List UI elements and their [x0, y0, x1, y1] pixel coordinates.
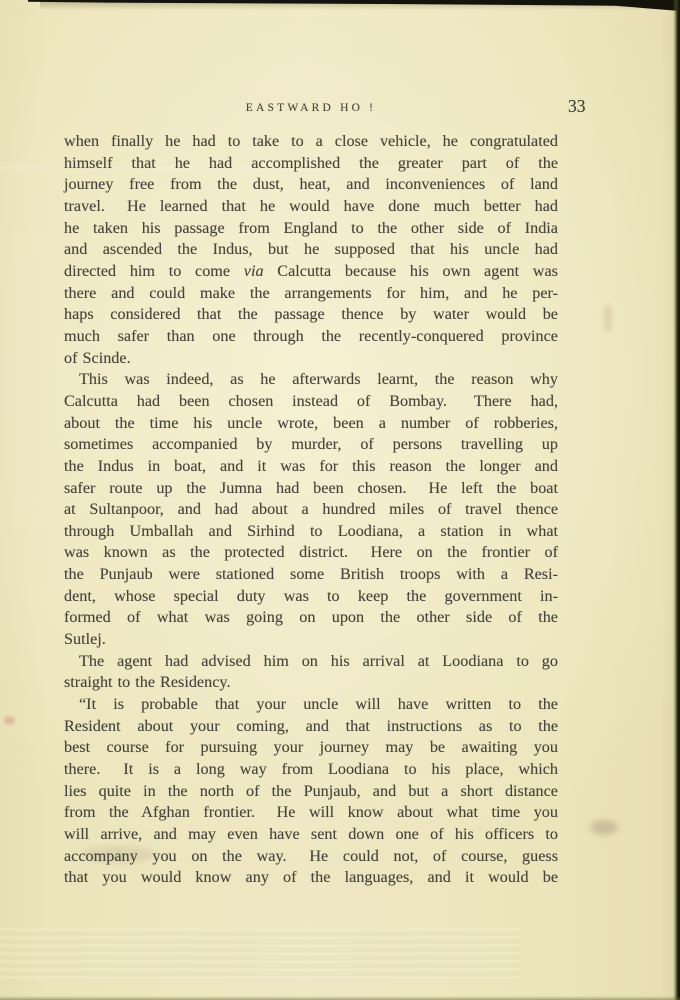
scanned-book-page: EASTWARD HO ! 33 when finally he had to …	[0, 0, 680, 1000]
paper-scan-streaks	[0, 928, 520, 980]
text-line: himself that he had accomplished the gre…	[64, 153, 558, 175]
text-line: will arrive, and may even have sent down…	[64, 824, 558, 846]
text-line: lies quite in the north of the Punjaub, …	[64, 781, 558, 803]
text-line: dent, whose special duty was to keep the…	[64, 586, 558, 608]
stain	[4, 716, 15, 725]
text-segment: directed him to come	[64, 262, 244, 280]
photo-edge-bottom	[0, 996, 680, 1000]
text-line: sometimes accompanied by murder, of pers…	[64, 434, 558, 456]
text-line: haps considered that the passage thence …	[64, 304, 558, 326]
text-line: Resident about your coming, and that ins…	[64, 716, 558, 738]
text-line: there. It is a long way from Loodiana to…	[64, 759, 558, 781]
text-line: accompany you on the way. He could not, …	[64, 846, 558, 868]
text-line: The agent had advised him on his arrival…	[64, 651, 558, 673]
text-line: formed of what was going on upon the oth…	[64, 607, 558, 629]
text-line: much safer than one through the recently…	[64, 326, 558, 348]
paragraph: The agent had advised him on his arrival…	[64, 651, 558, 694]
text-line: from the Afghan frontier. He will know a…	[64, 802, 558, 824]
text-line: when finally he had to take to a close v…	[64, 131, 558, 153]
text-line: journey free from the dust, heat, and in…	[64, 174, 558, 196]
italic-word: via	[244, 262, 264, 280]
text-line: straight to the Residency.	[64, 672, 558, 694]
text-line: at Sultanpoor, and had about a hundred m…	[64, 499, 558, 521]
paragraph: This was indeed, as he afterwards learnt…	[64, 369, 558, 651]
running-head-title: EASTWARD HO !	[64, 102, 558, 114]
page-number: 33	[568, 96, 608, 117]
text-line: about the time his uncle wrote, been a n…	[64, 413, 558, 435]
paragraph: when finally he had to take to a close v…	[64, 131, 558, 369]
text-line: best course for pursuing your journey ma…	[64, 737, 558, 759]
paragraph: “It is probable that your uncle will hav…	[64, 694, 558, 889]
text-line: through Umballah and Sirhind to Loodiana…	[64, 521, 558, 543]
text-line: that you would know any of the languages…	[64, 867, 558, 889]
text-segment: Calcutta because his own agent was	[264, 262, 558, 280]
text-line: was known as the protected district. Her…	[64, 542, 558, 564]
text-line: of Scinde.	[64, 348, 558, 370]
text-line: Sutlej.	[64, 629, 558, 651]
text-line: the Punjaub were stationed some British …	[64, 564, 558, 586]
text-line: there and could make the arrangements fo…	[64, 283, 558, 305]
text-line: This was indeed, as he afterwards learnt…	[64, 369, 558, 391]
text-line: directed him to come via Calcutta becaus…	[64, 261, 558, 283]
text-line: safer route up the Jumna had been chosen…	[64, 478, 558, 500]
text-line: the Indus in boat, and it was for this r…	[64, 456, 558, 478]
text-line: Calcutta had been chosen instead of Bomb…	[64, 391, 558, 413]
photo-edge-right	[673, 0, 680, 1000]
text-block: when finally he had to take to a close v…	[64, 131, 558, 889]
text-line: he taken his passage from England to the…	[64, 218, 558, 240]
stain	[590, 820, 618, 835]
text-line: “It is probable that your uncle will hav…	[64, 694, 558, 716]
text-line: travel. He learned that he would have do…	[64, 196, 558, 218]
stain	[604, 304, 612, 332]
text-line: and ascended the Indus, but he supposed …	[64, 239, 558, 261]
